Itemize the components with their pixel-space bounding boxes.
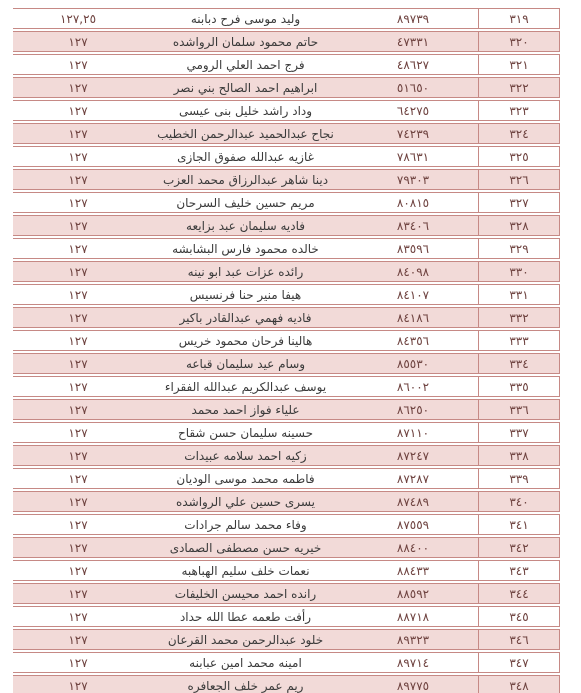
row-number-cell: ٣٢١: [478, 54, 560, 75]
person-name-cell: فاديه سليمان عبد بزايعه: [143, 215, 348, 236]
row-number-cell: ٣٢٦: [478, 169, 560, 190]
person-name-cell: ريم عمر خلف الجعافره: [143, 675, 348, 693]
table-row: ٣٣٩ ٨٧٢٨٧ فاطمه محمد موسى الوديان ١٢٧: [13, 468, 560, 489]
grade-value-cell: ١٢٧: [13, 77, 143, 98]
serial-number-cell: ٨٤٠٩٨: [348, 261, 478, 282]
row-number-cell: ٣٣٥: [478, 376, 560, 397]
table-row: ٣٢١ ٤٨٦٢٧ فرج احمد العلي الرومي ١٢٧: [13, 54, 560, 75]
row-number-cell: ٣٤٦: [478, 629, 560, 650]
serial-number-cell: ٨٩٧٧٥: [348, 675, 478, 693]
grade-value-cell: ١٢٧: [13, 629, 143, 650]
grade-value-cell: ١٢٧: [13, 537, 143, 558]
serial-number-cell: ٨٧٢٨٧: [348, 468, 478, 489]
serial-number-cell: ٨٨٤٠٠: [348, 537, 478, 558]
row-number-cell: ٣٣٧: [478, 422, 560, 443]
person-name-cell: ابراهيم احمد الصالح بني نصر: [143, 77, 348, 98]
row-number-cell: ٣٤١: [478, 514, 560, 535]
person-name-cell: دينا شاهر عبدالرزاق محمد العزب: [143, 169, 348, 190]
serial-number-cell: ٨٣٥٩٦: [348, 238, 478, 259]
row-number-cell: ٣٤٤: [478, 583, 560, 604]
grade-value-cell: ١٢٧: [13, 560, 143, 581]
grade-value-cell: ١٢٧: [13, 491, 143, 512]
grade-value-cell: ١٢٧: [13, 169, 143, 190]
grade-value-cell: ١٢٧: [13, 123, 143, 144]
person-name-cell: وليد موسى فرح دبابنه: [143, 8, 348, 29]
serial-number-cell: ٨٩٣٢٣: [348, 629, 478, 650]
table-row: ٣٢٠ ٤٧٣٣١ حاتم محمود سلمان الرواشده ١٢٧: [13, 31, 560, 52]
table-row: ٣٤٥ ٨٨٧١٨ رأفت طعمه عطا الله حداد ١٢٧: [13, 606, 560, 627]
row-number-cell: ٣٢٧: [478, 192, 560, 213]
serial-number-cell: ٨٨٥٩٢: [348, 583, 478, 604]
table-row: ٣٢٥ ٧٨٦٣١ غازيه عبدالله صفوق الجازى ١٢٧: [13, 146, 560, 167]
person-name-cell: هالينا فرحان محمود خريس: [143, 330, 348, 351]
serial-number-cell: ٨٠٨١٥: [348, 192, 478, 213]
row-number-cell: ٣٣٩: [478, 468, 560, 489]
grade-value-cell: ١٢٧: [13, 330, 143, 351]
person-name-cell: خيريه حسن مصطفى الصمادى: [143, 537, 348, 558]
row-number-cell: ٣٢٢: [478, 77, 560, 98]
grade-value-cell: ١٢٧: [13, 215, 143, 236]
serial-number-cell: ٨٧٥٥٩: [348, 514, 478, 535]
serial-number-cell: ٨٨٧١٨: [348, 606, 478, 627]
person-name-cell: مريم حسين خليف السرحان: [143, 192, 348, 213]
person-name-cell: حاتم محمود سلمان الرواشده: [143, 31, 348, 52]
serial-number-cell: ٧٩٣٠٣: [348, 169, 478, 190]
person-name-cell: وداد راشد خليل بنى عيسى: [143, 100, 348, 121]
person-name-cell: علياء فواز احمد محمد: [143, 399, 348, 420]
row-number-cell: ٣٣٢: [478, 307, 560, 328]
row-number-cell: ٣٣١: [478, 284, 560, 305]
row-number-cell: ٣٤٣: [478, 560, 560, 581]
grade-value-cell: ١٢٧: [13, 54, 143, 75]
row-number-cell: ٣٢٠: [478, 31, 560, 52]
person-name-cell: يسرى حسين علي الرواشده: [143, 491, 348, 512]
serial-number-cell: ٨٧٢٤٧: [348, 445, 478, 466]
serial-number-cell: ٤٧٣٣١: [348, 31, 478, 52]
table-row: ٣٣٧ ٨٧١١٠ حسينه سليمان حسن شقاح ١٢٧: [13, 422, 560, 443]
serial-number-cell: ٨٧٤٨٩: [348, 491, 478, 512]
row-number-cell: ٣٢٨: [478, 215, 560, 236]
row-number-cell: ٣٣٣: [478, 330, 560, 351]
person-name-cell: نجاح عبدالحميد عبدالرحمن الخطيب: [143, 123, 348, 144]
grade-value-cell: ١٢٧,٢٥: [13, 8, 143, 29]
serial-number-cell: ٦٤٢٧٥: [348, 100, 478, 121]
table-row: ٣٤٧ ٨٩٧١٤ امينه محمد امين عبابنه ١٢٧: [13, 652, 560, 673]
table-row: ٣٤٤ ٨٨٥٩٢ رانده احمد محيسن الخليفات ١٢٧: [13, 583, 560, 604]
serial-number-cell: ٥١٦٥٠: [348, 77, 478, 98]
grades-table-body: ٣١٩ ٨٩٧٣٩ وليد موسى فرح دبابنه ١٢٧,٢٥ ٣٢…: [13, 8, 560, 693]
table-row: ٣٣١ ٨٤١٠٧ هيفا منير حنا فرنسيس ١٢٧: [13, 284, 560, 305]
row-number-cell: ٣٤٠: [478, 491, 560, 512]
serial-number-cell: ٨٦٠٠٢: [348, 376, 478, 397]
person-name-cell: هيفا منير حنا فرنسيس: [143, 284, 348, 305]
table-row: ٣٣٢ ٨٤١٨٦ فاديه فهمي عبدالقادر باكير ١٢٧: [13, 307, 560, 328]
table-row: ٣٣٠ ٨٤٠٩٨ رائده عزات عبد ابو نينه ١٢٧: [13, 261, 560, 282]
person-name-cell: وفاء محمد سالم جرادات: [143, 514, 348, 535]
row-number-cell: ٣١٩: [478, 8, 560, 29]
table-row: ٣٣٣ ٨٤٣٥٦ هالينا فرحان محمود خريس ١٢٧: [13, 330, 560, 351]
table-row: ٣٢٧ ٨٠٨١٥ مريم حسين خليف السرحان ١٢٧: [13, 192, 560, 213]
serial-number-cell: ٨٥٥٣٠: [348, 353, 478, 374]
table-row: ٣٤٢ ٨٨٤٠٠ خيريه حسن مصطفى الصمادى ١٢٧: [13, 537, 560, 558]
grade-value-cell: ١٢٧: [13, 261, 143, 282]
serial-number-cell: ٨٦٢٥٠: [348, 399, 478, 420]
person-name-cell: وسام عيد سليمان قباعه: [143, 353, 348, 374]
row-number-cell: ٣٢٣: [478, 100, 560, 121]
row-number-cell: ٣٤٨: [478, 675, 560, 693]
table-row: ٣٣٨ ٨٧٢٤٧ زكيه احمد سلامه عبيدات ١٢٧: [13, 445, 560, 466]
serial-number-cell: ٧٤٢٣٩: [348, 123, 478, 144]
person-name-cell: رأفت طعمه عطا الله حداد: [143, 606, 348, 627]
row-number-cell: ٣٢٤: [478, 123, 560, 144]
table-row: ٣٢٤ ٧٤٢٣٩ نجاح عبدالحميد عبدالرحمن الخطي…: [13, 123, 560, 144]
table-row: ٣٢٦ ٧٩٣٠٣ دينا شاهر عبدالرزاق محمد العزب…: [13, 169, 560, 190]
person-name-cell: رائده عزات عبد ابو نينه: [143, 261, 348, 282]
grade-value-cell: ١٢٧: [13, 353, 143, 374]
serial-number-cell: ٨٤١٨٦: [348, 307, 478, 328]
serial-number-cell: ٨٤١٠٧: [348, 284, 478, 305]
person-name-cell: نعمات خلف سليم الهباهبه: [143, 560, 348, 581]
serial-number-cell: ٨٣٤٠٦: [348, 215, 478, 236]
row-number-cell: ٣٣٤: [478, 353, 560, 374]
table-row: ٣٤٦ ٨٩٣٢٣ خلود عبدالرحمن محمد القرعان ١٢…: [13, 629, 560, 650]
grade-value-cell: ١٢٧: [13, 146, 143, 167]
grade-value-cell: ١٢٧: [13, 376, 143, 397]
row-number-cell: ٣٤٢: [478, 537, 560, 558]
person-name-cell: زكيه احمد سلامه عبيدات: [143, 445, 348, 466]
table-row: ٣١٩ ٨٩٧٣٩ وليد موسى فرح دبابنه ١٢٧,٢٥: [13, 8, 560, 29]
person-name-cell: خالده محمود فارس البشابشه: [143, 238, 348, 259]
grade-value-cell: ١٢٧: [13, 422, 143, 443]
person-name-cell: فاديه فهمي عبدالقادر باكير: [143, 307, 348, 328]
person-name-cell: خلود عبدالرحمن محمد القرعان: [143, 629, 348, 650]
table-row: ٣٢٢ ٥١٦٥٠ ابراهيم احمد الصالح بني نصر ١٢…: [13, 77, 560, 98]
table-row: ٣٤١ ٨٧٥٥٩ وفاء محمد سالم جرادات ١٢٧: [13, 514, 560, 535]
row-number-cell: ٣٢٩: [478, 238, 560, 259]
serial-number-cell: ٤٨٦٢٧: [348, 54, 478, 75]
grade-value-cell: ١٢٧: [13, 192, 143, 213]
grade-value-cell: ١٢٧: [13, 514, 143, 535]
person-name-cell: فرج احمد العلي الرومي: [143, 54, 348, 75]
row-number-cell: ٣٣٠: [478, 261, 560, 282]
table-row: ٣٣٥ ٨٦٠٠٢ يوسف عبدالكريم عبدالله الفقراء…: [13, 376, 560, 397]
serial-number-cell: ٨٩٧٣٩: [348, 8, 478, 29]
grade-value-cell: ١٢٧: [13, 583, 143, 604]
table-row: ٣٤٣ ٨٨٤٣٣ نعمات خلف سليم الهباهبه ١٢٧: [13, 560, 560, 581]
serial-number-cell: ٨٤٣٥٦: [348, 330, 478, 351]
person-name-cell: رانده احمد محيسن الخليفات: [143, 583, 348, 604]
grades-table: ٣١٩ ٨٩٧٣٩ وليد موسى فرح دبابنه ١٢٧,٢٥ ٣٢…: [13, 6, 560, 693]
person-name-cell: غازيه عبدالله صفوق الجازى: [143, 146, 348, 167]
grade-value-cell: ١٢٧: [13, 100, 143, 121]
table-row: ٣٣٤ ٨٥٥٣٠ وسام عيد سليمان قباعه ١٢٧: [13, 353, 560, 374]
grade-value-cell: ١٢٧: [13, 399, 143, 420]
serial-number-cell: ٨٧١١٠: [348, 422, 478, 443]
table-row: ٣٤٨ ٨٩٧٧٥ ريم عمر خلف الجعافره ١٢٧: [13, 675, 560, 693]
grade-value-cell: ١٢٧: [13, 468, 143, 489]
table-row: ٣٢٩ ٨٣٥٩٦ خالده محمود فارس البشابشه ١٢٧: [13, 238, 560, 259]
person-name-cell: يوسف عبدالكريم عبدالله الفقراء: [143, 376, 348, 397]
grade-value-cell: ١٢٧: [13, 307, 143, 328]
grade-value-cell: ١٢٧: [13, 284, 143, 305]
grade-value-cell: ١٢٧: [13, 238, 143, 259]
row-number-cell: ٣٣٨: [478, 445, 560, 466]
serial-number-cell: ٨٨٤٣٣: [348, 560, 478, 581]
row-number-cell: ٣٤٧: [478, 652, 560, 673]
serial-number-cell: ٧٨٦٣١: [348, 146, 478, 167]
table-row: ٣٣٦ ٨٦٢٥٠ علياء فواز احمد محمد ١٢٧: [13, 399, 560, 420]
grade-value-cell: ١٢٧: [13, 31, 143, 52]
person-name-cell: امينه محمد امين عبابنه: [143, 652, 348, 673]
grade-value-cell: ١٢٧: [13, 652, 143, 673]
row-number-cell: ٣٢٥: [478, 146, 560, 167]
serial-number-cell: ٨٩٧١٤: [348, 652, 478, 673]
table-row: ٣٢٣ ٦٤٢٧٥ وداد راشد خليل بنى عيسى ١٢٧: [13, 100, 560, 121]
row-number-cell: ٣٤٥: [478, 606, 560, 627]
page: ٣١٩ ٨٩٧٣٩ وليد موسى فرح دبابنه ١٢٧,٢٥ ٣٢…: [0, 0, 581, 693]
grade-value-cell: ١٢٧: [13, 675, 143, 693]
table-row: ٣٢٨ ٨٣٤٠٦ فاديه سليمان عبد بزايعه ١٢٧: [13, 215, 560, 236]
grade-value-cell: ١٢٧: [13, 606, 143, 627]
row-number-cell: ٣٣٦: [478, 399, 560, 420]
person-name-cell: فاطمه محمد موسى الوديان: [143, 468, 348, 489]
table-row: ٣٤٠ ٨٧٤٨٩ يسرى حسين علي الرواشده ١٢٧: [13, 491, 560, 512]
person-name-cell: حسينه سليمان حسن شقاح: [143, 422, 348, 443]
grade-value-cell: ١٢٧: [13, 445, 143, 466]
